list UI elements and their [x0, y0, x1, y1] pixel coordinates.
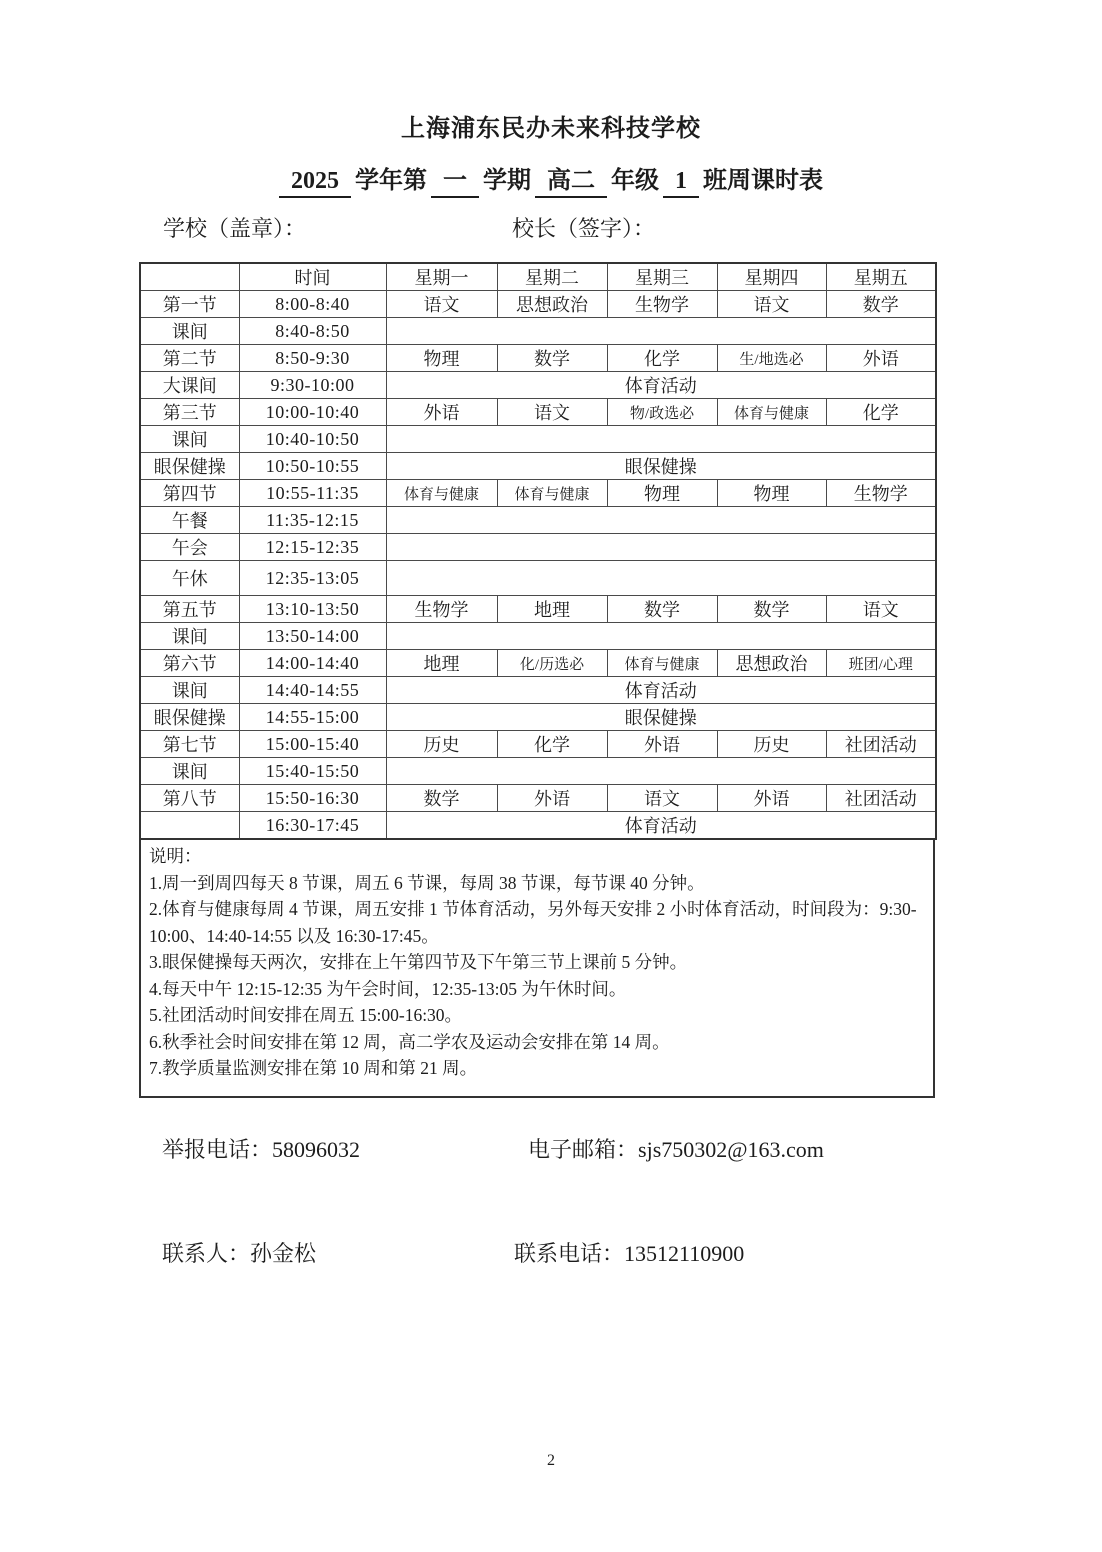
time-cell: 14:55-15:00 [239, 704, 386, 731]
activity-cell: 体育活动 [386, 812, 936, 840]
time-cell: 13:50-14:00 [239, 623, 386, 650]
period-cell: 第四节 [140, 480, 239, 507]
table-row: 第四节 10:55-11:35 体育与健康 体育与健康 物理 物理 生物学 [140, 480, 936, 507]
table-row: 课间 14:40-14:55 体育活动 [140, 677, 936, 704]
contact-person-value: 孙金松 [250, 1241, 316, 1266]
period-cell [140, 812, 239, 840]
subject-cell: 外语 [717, 785, 826, 812]
subject-cell: 化/历选必 [497, 650, 607, 677]
email-label: 电子邮箱： [528, 1137, 638, 1162]
report-phone-label: 举报电话： [162, 1137, 272, 1162]
school-year-value: 2025 [279, 168, 351, 198]
subject-cell: 语文 [826, 596, 936, 623]
time-cell: 8:40-8:50 [239, 318, 386, 345]
activity-cell [386, 758, 936, 785]
time-cell: 15:40-15:50 [239, 758, 386, 785]
time-cell: 10:40-10:50 [239, 426, 386, 453]
period-cell: 第一节 [140, 291, 239, 318]
table-row: 大课间 9:30-10:00 体育活动 [140, 372, 936, 399]
time-cell: 14:40-14:55 [239, 677, 386, 704]
time-cell: 10:55-11:35 [239, 480, 386, 507]
subject-cell: 语文 [386, 291, 497, 318]
subject-cell: 外语 [386, 399, 497, 426]
table-row: 午餐 11:35-12:15 [140, 507, 936, 534]
subject-cell: 外语 [607, 731, 717, 758]
period-cell: 眼保健操 [140, 704, 239, 731]
subtitle-segment: 班周课时表 [703, 168, 823, 194]
subject-cell: 化学 [607, 345, 717, 372]
grade-value: 高二 [535, 168, 607, 198]
subject-cell: 社团活动 [826, 731, 936, 758]
activity-cell [386, 623, 936, 650]
time-cell: 11:35-12:15 [239, 507, 386, 534]
period-cell: 第三节 [140, 399, 239, 426]
subject-cell: 物理 [717, 480, 826, 507]
table-row: 第六节 14:00-14:40 地理 化/历选必 体育与健康 思想政治 班团/心… [140, 650, 936, 677]
subtitle-segment: 学期 [483, 168, 531, 194]
class-number-value: 1 [663, 168, 699, 198]
contact-phone-label: 联系电话： [514, 1241, 624, 1266]
notes-title: 说明： [149, 843, 921, 870]
report-phone-value: 58096032 [272, 1137, 360, 1162]
subtitle-segment: 学年第 [355, 168, 427, 194]
activity-cell: 体育活动 [386, 677, 936, 704]
table-row: 第五节 13:10-13:50 生物学 地理 数学 数学 语文 [140, 596, 936, 623]
subject-cell: 数学 [386, 785, 497, 812]
subject-cell: 数学 [497, 345, 607, 372]
activity-cell [386, 534, 936, 561]
contact-phone-value: 13512110900 [624, 1241, 744, 1266]
time-cell: 14:00-14:40 [239, 650, 386, 677]
subject-cell: 地理 [497, 596, 607, 623]
activity-cell [386, 507, 936, 534]
table-row: 课间 15:40-15:50 [140, 758, 936, 785]
notes-section: 说明： 1.周一到周四每天 8 节课，周五 6 节课，每周 38 节课，每节课 … [139, 840, 935, 1098]
subject-cell: 体育与健康 [386, 480, 497, 507]
subject-cell: 生物学 [386, 596, 497, 623]
table-row: 16:30-17:45 体育活动 [140, 812, 936, 840]
activity-cell: 眼保健操 [386, 704, 936, 731]
period-cell: 午休 [140, 561, 239, 596]
subject-cell: 生物学 [607, 291, 717, 318]
contact-person: 联系人：孙金松 [162, 1237, 316, 1268]
activity-cell [386, 561, 936, 596]
activity-cell [386, 426, 936, 453]
table-row: 第三节 10:00-10:40 外语 语文 物/政选必 体育与健康 化学 [140, 399, 936, 426]
subject-cell: 数学 [826, 291, 936, 318]
subject-cell: 语文 [607, 785, 717, 812]
note-line: 1.周一到周四每天 8 节课，周五 6 节课，每周 38 节课，每节课 40 分… [149, 870, 921, 897]
subject-cell: 思想政治 [717, 650, 826, 677]
note-line: 4.每天中午 12:15-12:35 为午会时间，12:35-13:05 为午休… [149, 976, 921, 1003]
period-cell: 课间 [140, 318, 239, 345]
time-cell: 13:10-13:50 [239, 596, 386, 623]
time-cell: 12:35-13:05 [239, 561, 386, 596]
table-header-row: 时间 星期一 星期二 星期三 星期四 星期五 [140, 263, 936, 291]
principal-signature-label: 校长（签字）： [512, 212, 655, 243]
subject-cell: 思想政治 [497, 291, 607, 318]
timetable-subtitle: 2025学年第一学期高二年级1班周课时表 [0, 160, 1102, 198]
time-cell: 8:50-9:30 [239, 345, 386, 372]
table-row: 第一节 8:00-8:40 语文 思想政治 生物学 语文 数学 [140, 291, 936, 318]
page-number: 2 [0, 1452, 1102, 1470]
subject-cell: 体育与健康 [497, 480, 607, 507]
period-cell: 大课间 [140, 372, 239, 399]
subject-cell: 外语 [826, 345, 936, 372]
period-cell: 课间 [140, 677, 239, 704]
period-cell: 课间 [140, 426, 239, 453]
report-phone: 举报电话：58096032 [162, 1133, 360, 1164]
subject-cell: 语文 [497, 399, 607, 426]
subject-cell: 语文 [717, 291, 826, 318]
schedule-sheet: 时间 星期一 星期二 星期三 星期四 星期五 第一节 8:00-8:40 语文 … [139, 262, 935, 1098]
period-cell: 课间 [140, 758, 239, 785]
activity-cell [386, 318, 936, 345]
table-row: 眼保健操 10:50-10:55 眼保健操 [140, 453, 936, 480]
period-cell: 午餐 [140, 507, 239, 534]
subject-cell: 班团/心理 [826, 650, 936, 677]
subject-cell: 社团活动 [826, 785, 936, 812]
note-line: 5.社团活动时间安排在周五 15:00-16:30。 [149, 1002, 921, 1029]
subject-cell: 数学 [607, 596, 717, 623]
subject-cell: 生物学 [826, 480, 936, 507]
period-cell: 第六节 [140, 650, 239, 677]
table-row: 课间 10:40-10:50 [140, 426, 936, 453]
period-cell: 第七节 [140, 731, 239, 758]
period-cell: 第五节 [140, 596, 239, 623]
subject-cell: 物/政选必 [607, 399, 717, 426]
note-line: 6.秋季社会时间安排在第 12 周，高二学农及运动会安排在第 14 周。 [149, 1029, 921, 1056]
time-cell: 9:30-10:00 [239, 372, 386, 399]
time-cell: 12:15-12:35 [239, 534, 386, 561]
header-cell-friday: 星期五 [826, 263, 936, 291]
table-row: 第八节 15:50-16:30 数学 外语 语文 外语 社团活动 [140, 785, 936, 812]
subject-cell: 物理 [607, 480, 717, 507]
time-cell: 16:30-17:45 [239, 812, 386, 840]
table-row: 第七节 15:00-15:40 历史 化学 外语 历史 社团活动 [140, 731, 936, 758]
table-row: 第二节 8:50-9:30 物理 数学 化学 生/地选必 外语 [140, 345, 936, 372]
table-row: 课间 13:50-14:00 [140, 623, 936, 650]
header-cell-wednesday: 星期三 [607, 263, 717, 291]
header-cell-blank [140, 263, 239, 291]
subject-cell: 生/地选必 [717, 345, 826, 372]
time-cell: 15:50-16:30 [239, 785, 386, 812]
subject-cell: 体育与健康 [717, 399, 826, 426]
time-cell: 8:00-8:40 [239, 291, 386, 318]
timetable-document-page: 上海浦东民办未来科技学校 2025学年第一学期高二年级1班周课时表 学校（盖章）… [0, 0, 1102, 1552]
period-cell: 眼保健操 [140, 453, 239, 480]
table-row: 午会 12:15-12:35 [140, 534, 936, 561]
contact-person-label: 联系人： [162, 1241, 250, 1266]
subject-cell: 数学 [717, 596, 826, 623]
note-line: 7.教学质量监测安排在第 10 周和第 21 周。 [149, 1055, 921, 1082]
term-value: 一 [431, 168, 479, 198]
header-cell-tuesday: 星期二 [497, 263, 607, 291]
table-row: 午休 12:35-13:05 [140, 561, 936, 596]
activity-cell: 眼保健操 [386, 453, 936, 480]
subtitle-segment: 年级 [611, 168, 659, 194]
subject-cell: 体育与健康 [607, 650, 717, 677]
note-line: 2.体育与健康每周 4 节课，周五安排 1 节体育活动，另外每天安排 2 小时体… [149, 896, 921, 949]
header-cell-thursday: 星期四 [717, 263, 826, 291]
table-row: 课间 8:40-8:50 [140, 318, 936, 345]
schedule-table: 时间 星期一 星期二 星期三 星期四 星期五 第一节 8:00-8:40 语文 … [139, 262, 937, 840]
email: 电子邮箱：sjs750302@163.com [528, 1133, 824, 1164]
period-cell: 午会 [140, 534, 239, 561]
email-value: sjs750302@163.com [638, 1137, 824, 1162]
header-cell-time: 时间 [239, 263, 386, 291]
note-line: 3.眼保健操每天两次，安排在上午第四节及下午第三节上课前 5 分钟。 [149, 949, 921, 976]
page-title: 上海浦东民办未来科技学校 [0, 108, 1102, 143]
time-cell: 10:50-10:55 [239, 453, 386, 480]
subject-cell: 化学 [826, 399, 936, 426]
school-stamp-label: 学校（盖章）： [163, 212, 306, 243]
table-row: 眼保健操 14:55-15:00 眼保健操 [140, 704, 936, 731]
subject-cell: 历史 [717, 731, 826, 758]
subject-cell: 外语 [497, 785, 607, 812]
subject-cell: 历史 [386, 731, 497, 758]
activity-cell: 体育活动 [386, 372, 936, 399]
header-cell-monday: 星期一 [386, 263, 497, 291]
time-cell: 10:00-10:40 [239, 399, 386, 426]
contact-phone: 联系电话：13512110900 [514, 1237, 744, 1268]
period-cell: 课间 [140, 623, 239, 650]
time-cell: 15:00-15:40 [239, 731, 386, 758]
period-cell: 第二节 [140, 345, 239, 372]
subject-cell: 化学 [497, 731, 607, 758]
subject-cell: 地理 [386, 650, 497, 677]
subject-cell: 物理 [386, 345, 497, 372]
period-cell: 第八节 [140, 785, 239, 812]
